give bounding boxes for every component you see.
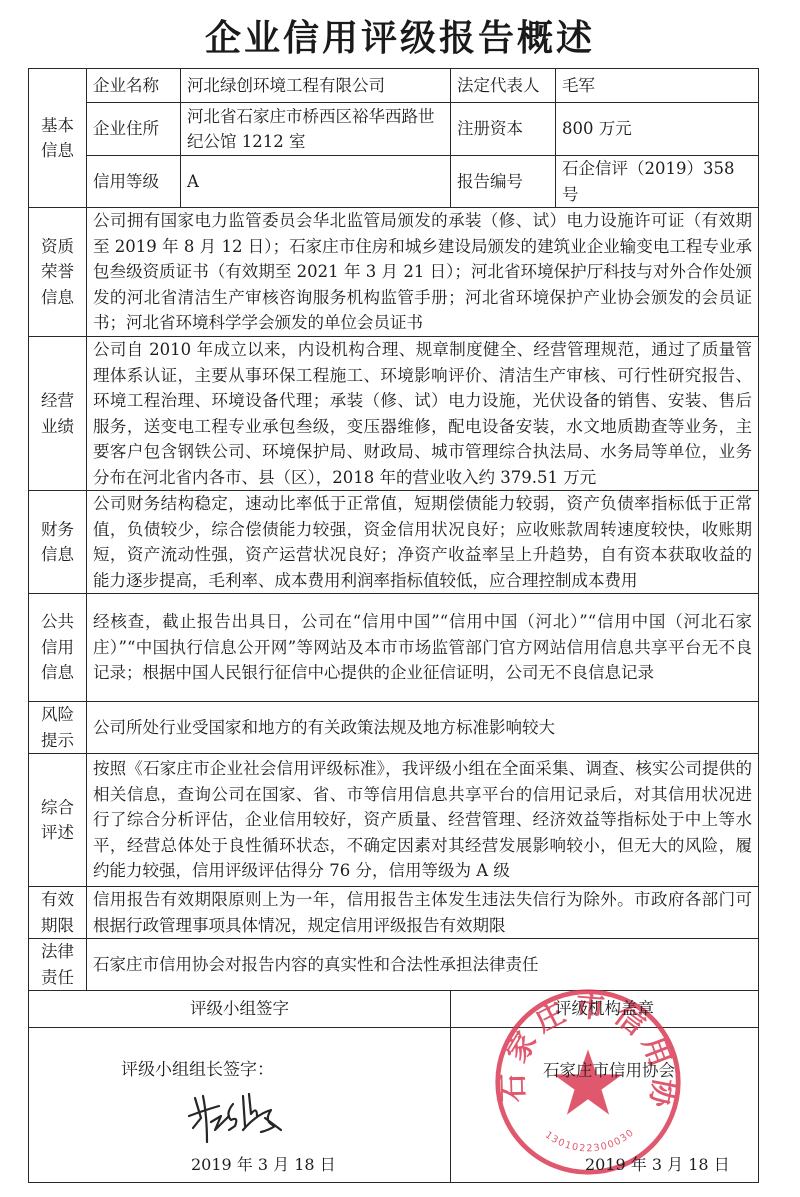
row-business: 经营 业绩 公司自 2010 年成立以来，内设机构合理、规章制度健全、经营管理规…: [29, 337, 759, 491]
label-line: 信息: [35, 542, 80, 568]
row-credit-grade: 信用等级 A 报告编号 石企信评（2019）358 号: [29, 156, 759, 208]
section-label-financial: 财务 信息: [29, 491, 87, 594]
section-label-legal: 法律 责任: [29, 939, 87, 991]
row-summary: 综合 评述 按照《石家庄市企业社会信用评级标准》，我评级小组在全面采集、调查、核…: [29, 754, 759, 887]
legal-rep-label: 法定代表人: [451, 69, 556, 103]
summary-text: 按照《石家庄市企业社会信用评级标准》，我评级小组在全面采集、调查、核实公司提供的…: [87, 754, 759, 887]
row-address: 企业住所 河北省石家庄市桥西区裕华西路世纪公馆 1212 室 注册资本 800 …: [29, 103, 759, 156]
row-financial: 财务 信息 公司财务结构稳定，速动比率低于正常值，短期偿债能力较弱，资产负债率指…: [29, 491, 759, 594]
svg-text:1301022300030: 1301022300030: [543, 1127, 637, 1155]
label-line: 期限: [35, 913, 80, 939]
row-risk: 风险 提示 公司所处行业受国家和地方的有关政策法规及地方标准影响较大: [29, 702, 759, 754]
financial-text: 公司财务结构稳定，速动比率低于正常值，短期偿债能力较弱，资产负债率指标低于正常值…: [87, 491, 759, 594]
handwritten-signature-icon: [185, 1086, 295, 1146]
legal-text: 石家庄市信用协会对报告内容的真实性和合法性承担法律责任: [87, 939, 759, 991]
risk-text: 公司所处行业受国家和地方的有关政策法规及地方标准影响较大: [87, 702, 759, 754]
address-value: 河北省石家庄市桥西区裕华西路世纪公馆 1212 室: [181, 103, 451, 156]
public-credit-text: 经核查，截止报告出具日，公司在“信用中国”“信用中国（河北）”“信用中国（河北石…: [87, 594, 759, 702]
section-label-qualification: 资质 荣誉 信息: [29, 208, 87, 337]
team-signature-date: 2019 年 3 月 18 日: [191, 1152, 336, 1178]
agency-seal-header-text: 评级机构盖章: [555, 999, 654, 1018]
label-line: 法律: [35, 939, 80, 965]
business-text: 公司自 2010 年成立以来，内设机构合理、规章制度健全、经营管理规范，通过了质…: [87, 337, 759, 491]
label-line: 评述: [35, 820, 80, 846]
label-line: 有效: [35, 887, 80, 913]
qualification-text: 公司拥有国家电力监管委员会华北监管局颁发的承装（修、试）电力设施许可证（有效期至…: [87, 208, 759, 337]
label-line: 综合: [35, 795, 80, 821]
report-table: 基本 信息 企业名称 河北绿创环境工程有限公司 法定代表人 毛军 企业住所 河北…: [28, 68, 759, 1183]
row-legal: 法律 责任 石家庄市信用协会对报告内容的真实性和合法性承担法律责任: [29, 939, 759, 991]
label-line: 责任: [35, 965, 80, 991]
leader-signature-label: 评级小组组长签字：: [121, 1058, 274, 1084]
label-line: 信息: [35, 660, 80, 686]
label-line: 业绩: [35, 414, 80, 440]
section-label-basic-info: 基本 信息: [29, 69, 87, 208]
row-company-name: 基本 信息 企业名称 河北绿创环境工程有限公司 法定代表人 毛军: [29, 69, 759, 103]
label-line: 信息: [35, 285, 80, 311]
capital-label: 注册资本: [451, 103, 556, 156]
team-signature-header: 评级小组签字: [29, 991, 451, 1028]
credit-grade-label: 信用等级: [87, 156, 181, 208]
team-signature-cell: 评级小组组长签字：: [29, 1028, 451, 1183]
agency-name: 石家庄市信用协会: [543, 1058, 675, 1084]
label-line: 公共: [35, 609, 80, 635]
section-label-risk: 风险 提示: [29, 702, 87, 754]
capital-value: 800 万元: [556, 103, 759, 156]
label-line: 信用: [35, 635, 80, 661]
company-name-label: 企业名称: [87, 69, 181, 103]
label-line: 经营: [35, 388, 80, 414]
section-label-business: 经营 业绩: [29, 337, 87, 491]
section-label-summary: 综合 评述: [29, 754, 87, 887]
agency-seal-cell: 石家庄市信用协会 1301022300030 石家庄市信用协会 2019 年 3…: [451, 1028, 759, 1183]
address-label: 企业住所: [87, 103, 181, 156]
report-no-label: 报告编号: [451, 156, 556, 208]
section-label-public-credit: 公共 信用 信息: [29, 594, 87, 702]
row-public-credit: 公共 信用 信息 经核查，截止报告出具日，公司在“信用中国”“信用中国（河北）”…: [29, 594, 759, 702]
label-line: 风险: [35, 702, 80, 728]
label-line: 基本: [35, 113, 80, 139]
page-title: 企业信用评级报告概述: [0, 14, 800, 64]
legal-rep-value: 毛军: [556, 69, 759, 103]
validity-text: 信用报告有效期限原则上为一年，信用报告主体发生违法失信行为除外。市政府各部门可根…: [87, 887, 759, 939]
label-line: 提示: [35, 728, 80, 754]
section-label-validity: 有效 期限: [29, 887, 87, 939]
row-qualification: 资质 荣誉 信息 公司拥有国家电力监管委员会华北监管局颁发的承装（修、试）电力设…: [29, 208, 759, 337]
row-signature-body: 评级小组组长签字：: [29, 1028, 759, 1183]
row-validity: 有效 期限 信用报告有效期限原则上为一年，信用报告主体发生违法失信行为除外。市政…: [29, 887, 759, 939]
label-line: 荣誉: [35, 259, 80, 285]
company-name-value: 河北绿创环境工程有限公司: [181, 69, 451, 103]
report-no-value: 石企信评（2019）358 号: [556, 156, 759, 208]
agency-seal-date: 2019 年 3 月 18 日: [585, 1152, 730, 1178]
label-line: 财务: [35, 517, 80, 543]
label-line: 资质: [35, 234, 80, 260]
credit-grade-value: A: [181, 156, 451, 208]
label-line: 信息: [35, 138, 80, 164]
